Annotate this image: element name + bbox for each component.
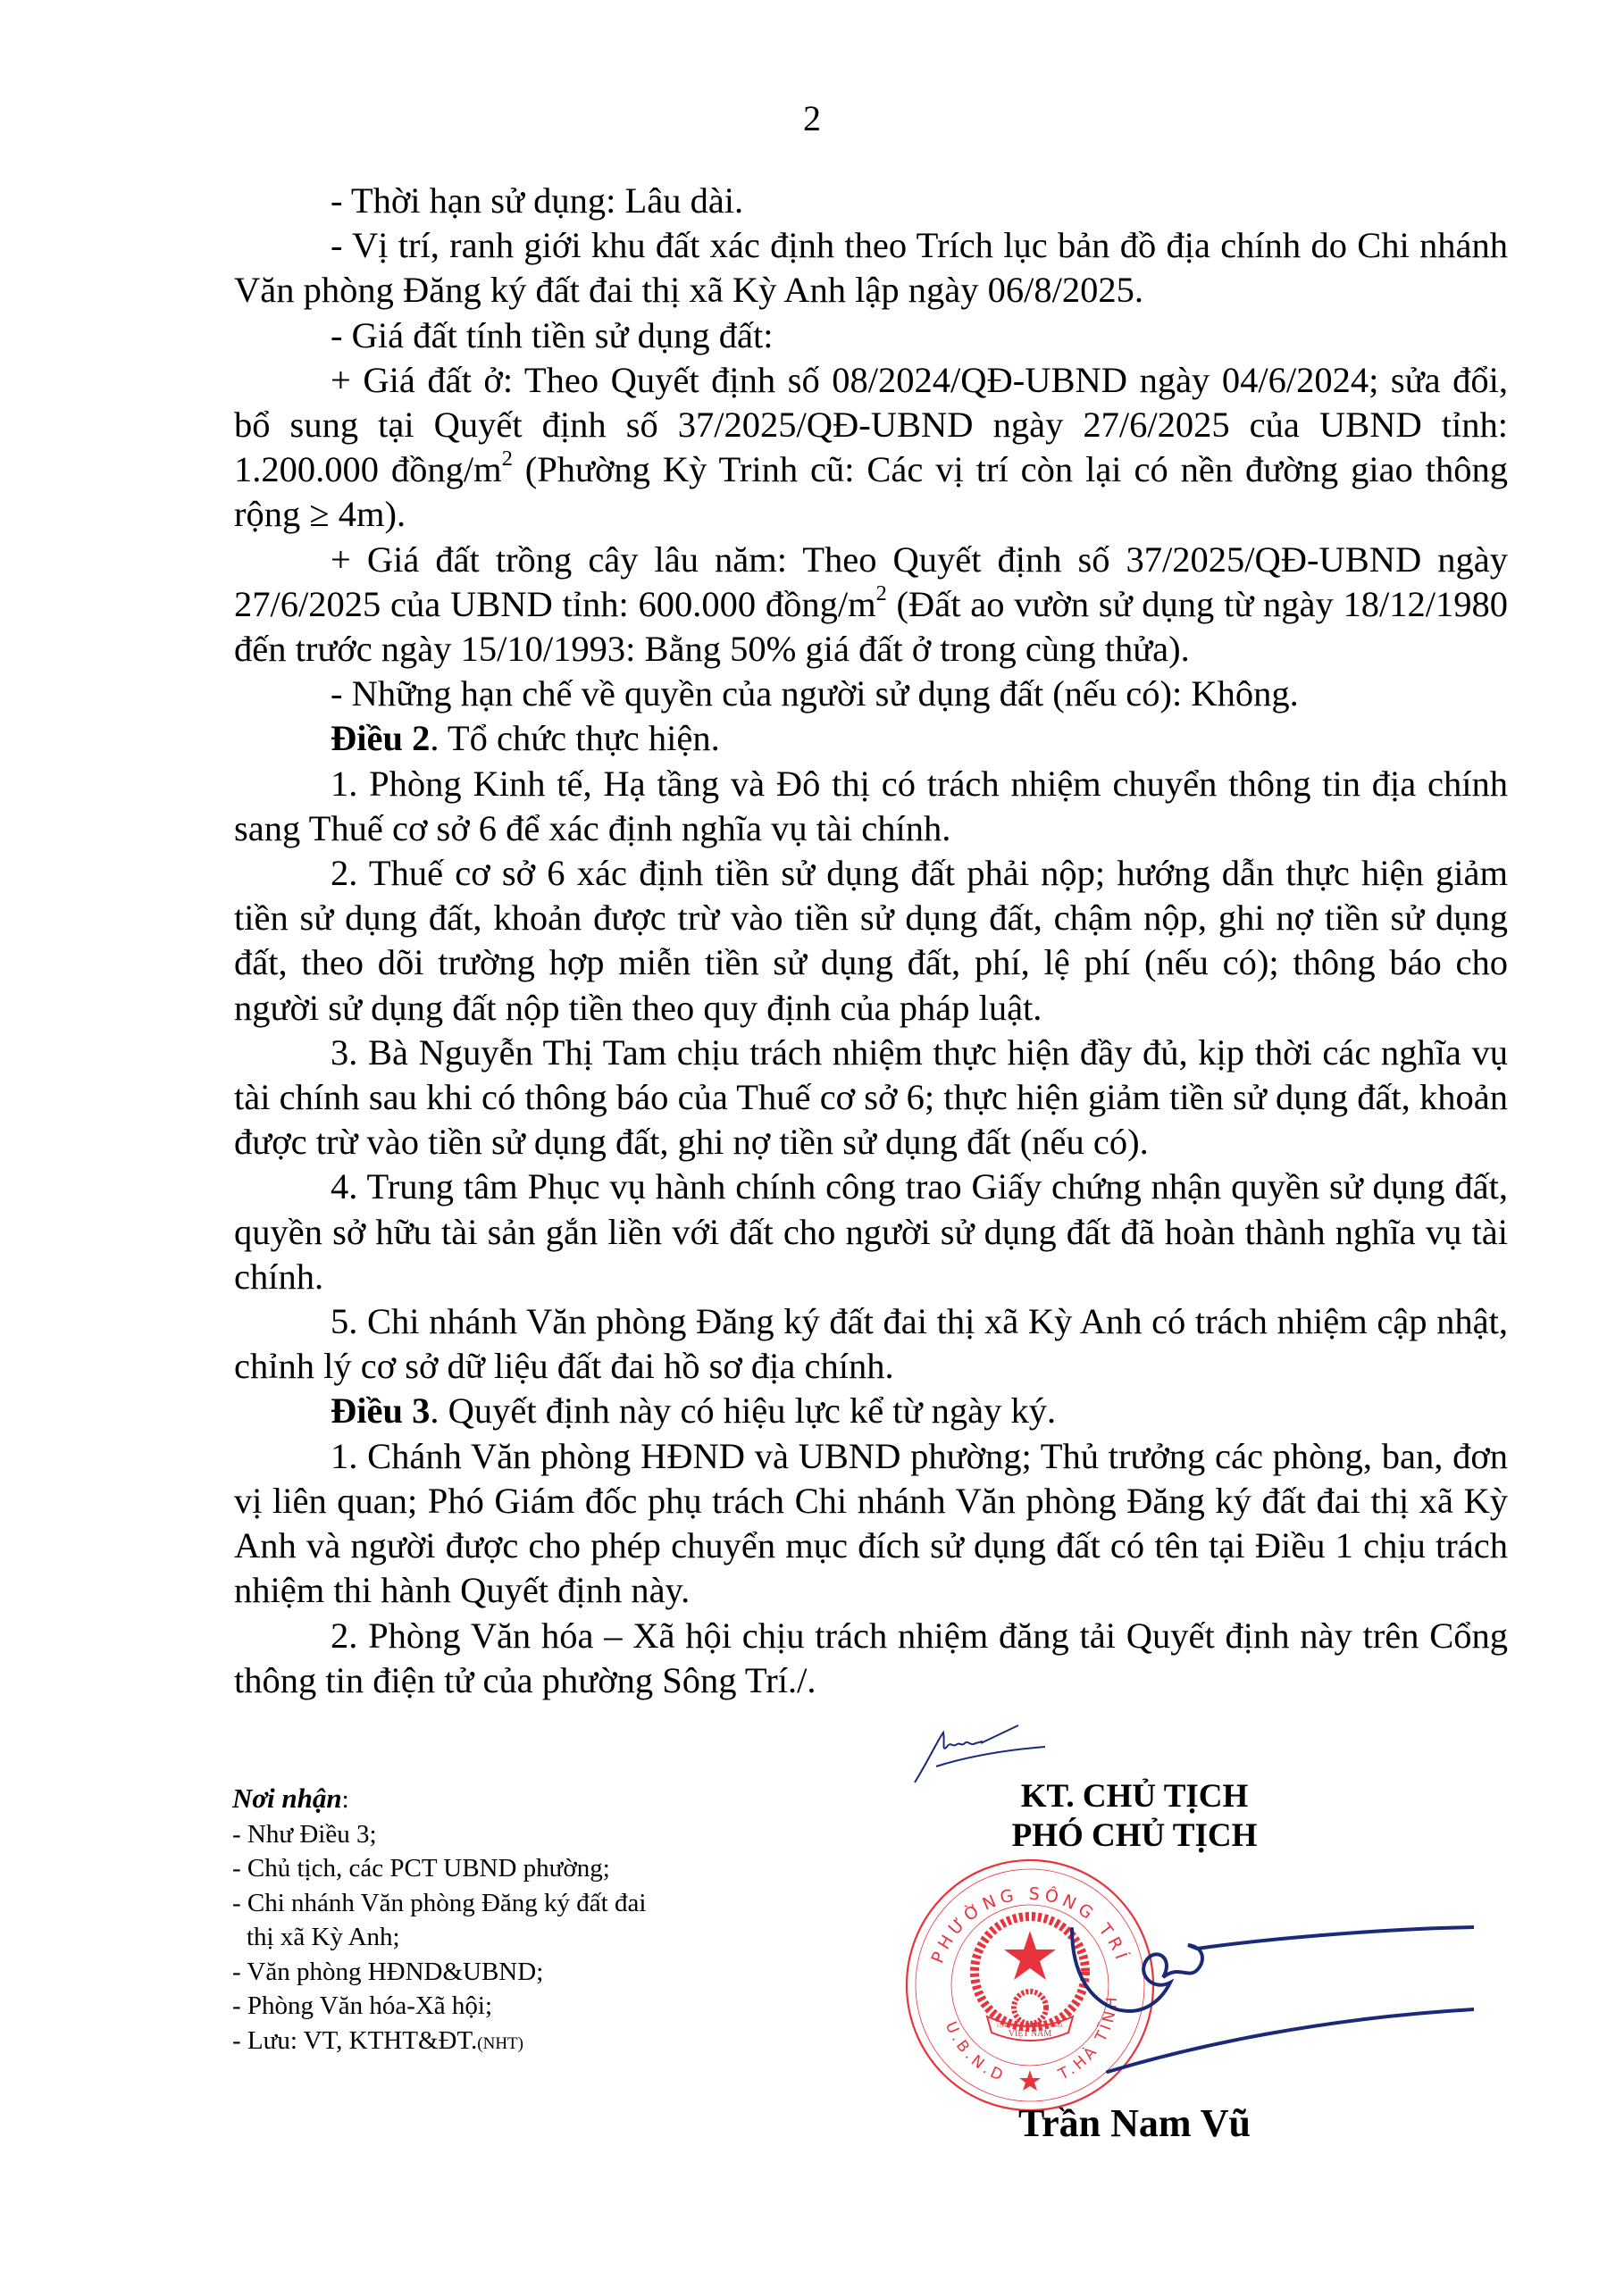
recipient-item: thị xã Kỳ Anh; [232, 1920, 750, 1955]
recipient-item: - Phòng Văn hóa-Xã hội; [232, 1989, 750, 2024]
recipient-item: - Văn phòng HĐND&UBND; [232, 1955, 750, 1990]
recipient-item: - Chi nhánh Văn phòng Đăng ký đất đai [232, 1886, 750, 1921]
recipient-item: - Chủ tịch, các PCT UBND phường; [232, 1851, 750, 1886]
paragraph: 2. Phòng Văn hóa – Xã hội chịu trách nhi… [234, 1614, 1508, 1703]
page-number: 2 [0, 96, 1624, 141]
recipients-block: Nơi nhận: - Như Điều 3;- Chủ tịch, các P… [232, 1782, 750, 2061]
paragraph: - Những hạn chế về quyền của người sử dụ… [234, 672, 1508, 716]
drafter-initials: (NHT) [477, 2034, 523, 2053]
paragraph: 1. Chánh Văn phòng HĐND và UBND phường; … [234, 1434, 1508, 1614]
recipients-list: - Như Điều 3;- Chủ tịch, các PCT UBND ph… [232, 1817, 750, 2062]
svg-text:VIỆT NAM: VIỆT NAM [1009, 2028, 1052, 2039]
superscript: 2 [502, 447, 513, 471]
svg-text:U.B.N.D: U.B.N.D [942, 2019, 1009, 2086]
signer-title-block: KT. CHỦ TỊCH PHÓ CHỦ TỊCH [965, 1777, 1304, 1856]
paragraph: 2. Thuế cơ sở 6 xác định tiền sử dụng đấ… [234, 851, 1508, 1031]
article-heading: Điều 3 [331, 1390, 430, 1431]
recipients-title: Nơi nhận: [232, 1782, 750, 1817]
paragraph: + Giá đất trồng cây lâu năm: Theo Quyết … [234, 538, 1508, 672]
paragraph: - Vị trí, ranh giới khu đất xác định the… [234, 223, 1508, 313]
article-heading: Điều 2 [331, 718, 430, 758]
document-body: - Thời hạn sử dụng: Lâu dài.- Vị trí, ra… [234, 179, 1508, 1703]
paragraph: Điều 3. Quyết định này có hiệu lực kể từ… [234, 1389, 1508, 1433]
superscript: 2 [876, 581, 887, 605]
paragraph: 3. Bà Nguyễn Thị Tam chịu trách nhiệm th… [234, 1031, 1508, 1165]
paragraph: 5. Chi nhánh Văn phòng Đăng ký đất đai t… [234, 1299, 1508, 1389]
paragraph: Điều 2. Tổ chức thực hiện. [234, 716, 1508, 761]
signer-line1: KT. CHỦ TỊCH [965, 1777, 1304, 1816]
recipient-item: - Lưu: VT, KTHT&ĐT.(NHT) [232, 2024, 750, 2062]
paragraph: + Giá đất ở: Theo Quyết định số 08/2024/… [234, 358, 1508, 538]
handwritten-signature-icon [1054, 1920, 1474, 2090]
paragraph: - Thời hạn sử dụng: Lâu dài. [234, 179, 1508, 223]
signer-name: Trần Nam Vũ [965, 2100, 1304, 2147]
recipient-item: - Như Điều 3; [232, 1817, 750, 1852]
signer-line2: PHÓ CHỦ TỊCH [965, 1816, 1304, 1856]
paragraph: - Giá đất tính tiền sử dụng đất: [234, 313, 1508, 358]
paragraph: 1. Phòng Kinh tế, Hạ tầng và Đô thị có t… [234, 762, 1508, 851]
paragraph: 4. Trung tâm Phục vụ hành chính công tra… [234, 1165, 1508, 1299]
